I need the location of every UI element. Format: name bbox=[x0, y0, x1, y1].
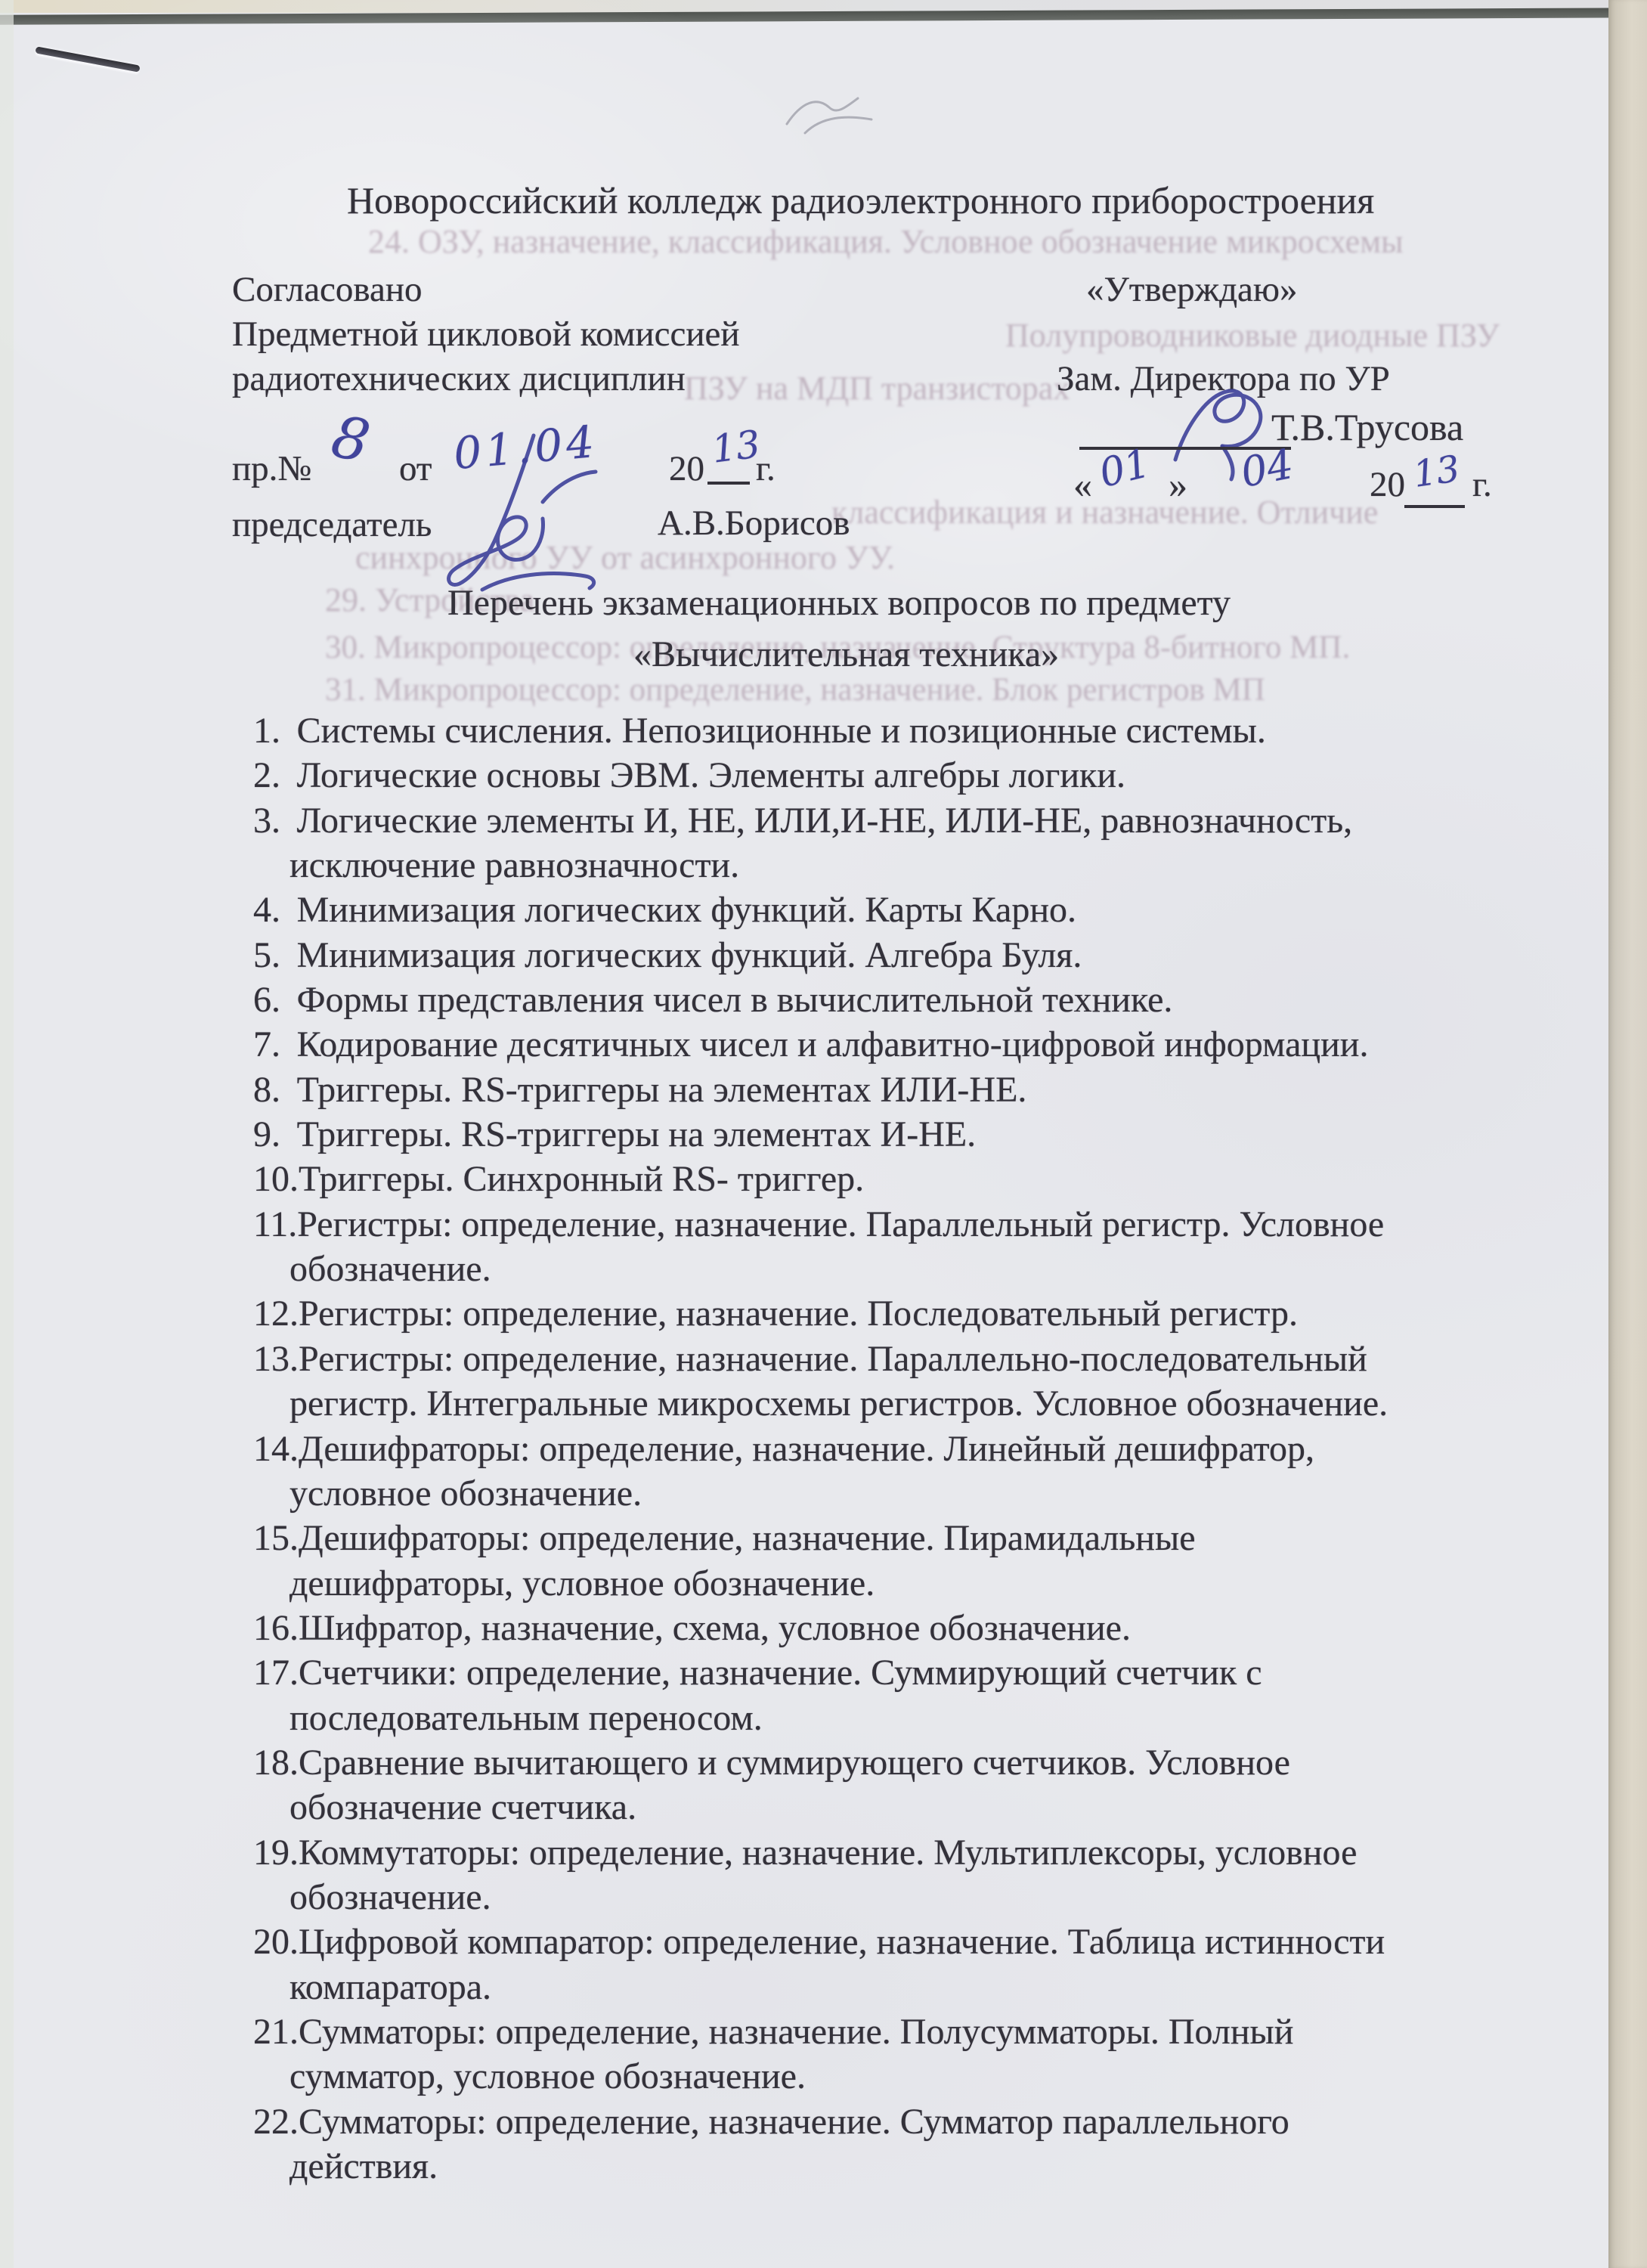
question-item: 17.Счетчики: определение, назначение. Су… bbox=[253, 1650, 1576, 1740]
question-item: 11.Регистры: определение, назначение. Па… bbox=[253, 1202, 1576, 1292]
quote-open: « bbox=[1073, 463, 1092, 507]
committee-line: Предметной цикловой комиссией bbox=[232, 314, 740, 355]
question-line: 17.Счетчики: определение, назначение. Су… bbox=[253, 1650, 1576, 1695]
question-line: 4. Минимизация логических функций. Карты… bbox=[253, 888, 1576, 932]
question-line: 16.Шифратор, назначение, схема, условное… bbox=[253, 1606, 1576, 1650]
discipline-line: радиотехнических дисциплин bbox=[232, 358, 686, 399]
scanned-page: 24. ОЗУ, назначение, классификация. Усло… bbox=[0, 0, 1647, 2268]
question-list: 1. Системы счисления. Непозиционные и по… bbox=[253, 708, 1576, 2189]
year-handwritten-right: 13 bbox=[1410, 448, 1462, 496]
month-handwritten: 04 bbox=[1237, 440, 1297, 497]
question-line: 15.Дешифраторы: определение, назначение.… bbox=[253, 1516, 1576, 1560]
question-item: 19.Коммутаторы: определение, назначение.… bbox=[253, 1830, 1576, 1920]
question-line: 9. Триггеры. RS-триггеры на элементах И-… bbox=[253, 1112, 1576, 1157]
question-line: 19.Коммутаторы: определение, назначение.… bbox=[253, 1830, 1576, 1875]
pencil-scribble bbox=[782, 85, 881, 141]
bleed-through-line: Полупроводниковые диодные ПЗУ bbox=[1005, 316, 1500, 355]
question-line-continuation: обозначение счетчика. bbox=[289, 1785, 1576, 1830]
year-suffix-right: г. bbox=[1472, 464, 1492, 505]
question-item: 9. Триггеры. RS-триггеры на элементах И-… bbox=[253, 1112, 1576, 1157]
question-item: 3. Логические элементы И, НЕ, ИЛИ,И-НЕ, … bbox=[253, 798, 1576, 888]
year-prefix-left: 20 bbox=[669, 448, 704, 489]
year-blank-line-right bbox=[1404, 505, 1465, 508]
question-line: 12.Регистры: определение, назначение. По… bbox=[253, 1291, 1576, 1336]
staple bbox=[35, 46, 140, 72]
chairman-label: председатель bbox=[232, 504, 432, 545]
bleed-through-line: 24. ОЗУ, назначение, классификация. Усло… bbox=[368, 222, 1404, 261]
question-line: 14.Дешифраторы: определение, назначение.… bbox=[253, 1427, 1576, 1471]
question-line: 20.Цифровой компаратор: определение, наз… bbox=[253, 1919, 1576, 1964]
quote-close: » bbox=[1169, 463, 1187, 507]
year-handwritten-left: 13 bbox=[710, 422, 763, 471]
question-line-continuation: дешифраторы, условное обозначение. bbox=[289, 1561, 1576, 1606]
question-line: 8. Триггеры. RS-триггеры на элементах ИЛ… bbox=[253, 1067, 1576, 1112]
question-item: 13.Регистры: определение, назначение. Па… bbox=[253, 1337, 1576, 1427]
question-line-continuation: действия. bbox=[289, 2144, 1576, 2189]
question-line-continuation: условное обозначение. bbox=[289, 1471, 1576, 1516]
question-item: 5. Минимизация логических функций. Алгеб… bbox=[253, 933, 1576, 978]
question-line-continuation: последовательным переносом. bbox=[289, 1696, 1576, 1740]
bleed-through-line: классификация и назначение. Отличие bbox=[831, 493, 1378, 531]
approve-label: «Утверждаю» bbox=[1086, 269, 1297, 310]
question-item: 15.Дешифраторы: определение, назначение.… bbox=[253, 1516, 1576, 1606]
scan-right-edge bbox=[1608, 0, 1647, 2268]
question-line-continuation: регистр. Интегральные микросхемы регистр… bbox=[289, 1381, 1576, 1426]
question-item: 14.Дешифраторы: определение, назначение.… bbox=[253, 1427, 1576, 1517]
question-item: 16.Шифратор, назначение, схема, условное… bbox=[253, 1606, 1576, 1650]
document-title-line1: Перечень экзаменационных вопросов по пре… bbox=[447, 582, 1231, 624]
question-item: 4. Минимизация логических функций. Карты… bbox=[253, 888, 1576, 932]
question-line: 7. Кодирование десятичных чисел и алфави… bbox=[253, 1022, 1576, 1067]
question-line: 22.Сумматоры: определение, назначение. С… bbox=[253, 2099, 1576, 2144]
document-title-line2: «Вычислительная техника» bbox=[633, 634, 1059, 675]
chairman-signature bbox=[437, 429, 607, 600]
question-item: 20.Цифровой компаратор: определение, наз… bbox=[253, 1919, 1576, 2009]
year-blank-line-left bbox=[707, 482, 750, 485]
institution-title: Новороссийский колледж радиоэлектронного… bbox=[347, 178, 1374, 222]
question-line-continuation: сумматор, условное обозначение. bbox=[289, 2054, 1576, 2099]
bleed-through-line: ПЗУ на МДП транзисторах bbox=[684, 369, 1070, 407]
question-line: 5. Минимизация логических функций. Алгеб… bbox=[253, 933, 1576, 978]
bleed-through-line: 31. Микропроцессор: определение, назначе… bbox=[325, 671, 1265, 708]
from-label: от bbox=[399, 448, 432, 489]
question-item: 12.Регистры: определение, назначение. По… bbox=[253, 1291, 1576, 1336]
question-line-continuation: обозначение. bbox=[289, 1247, 1576, 1291]
question-item: 10.Триггеры. Синхронный RS- триггер. bbox=[253, 1157, 1576, 1201]
question-item: 2. Логические основы ЭВМ. Элементы алгеб… bbox=[253, 753, 1576, 798]
question-item: 8. Триггеры. RS-триггеры на элементах ИЛ… bbox=[253, 1067, 1576, 1112]
chairman-name: А.В.Борисов bbox=[658, 503, 850, 544]
question-line: 3. Логические элементы И, НЕ, ИЛИ,И-НЕ, … bbox=[253, 798, 1576, 843]
director-name: Т.В.Трусова bbox=[1271, 405, 1463, 449]
question-item: 22.Сумматоры: определение, назначение. С… bbox=[253, 2099, 1576, 2189]
question-line: 6. Формы представления чисел в вычислите… bbox=[253, 978, 1576, 1022]
scan-left-edge bbox=[0, 0, 14, 2268]
question-item: 6. Формы представления чисел в вычислите… bbox=[253, 978, 1576, 1022]
question-item: 1. Системы счисления. Непозиционные и по… bbox=[253, 708, 1576, 753]
question-line-continuation: обозначение. bbox=[289, 1875, 1576, 1919]
year-suffix-left: г. bbox=[756, 448, 776, 489]
question-line: 10.Триггеры. Синхронный RS- триггер. bbox=[253, 1157, 1576, 1201]
question-item: 7. Кодирование десятичных чисел и алфави… bbox=[253, 1022, 1576, 1067]
question-line: 1. Системы счисления. Непозиционные и по… bbox=[253, 708, 1576, 753]
protocol-number-handwritten: 8 bbox=[327, 402, 375, 476]
question-item: 21.Сумматоры: определение, назначение. П… bbox=[253, 2009, 1576, 2099]
question-line: 11.Регистры: определение, назначение. Па… bbox=[253, 1202, 1576, 1247]
protocol-label: пр.№ bbox=[232, 448, 311, 489]
question-line-continuation: компаратора. bbox=[289, 1965, 1576, 2009]
question-item: 18.Сравнение вычитающего и суммирующего … bbox=[253, 1740, 1576, 1830]
agreed-label: Согласовано bbox=[232, 269, 423, 310]
question-line: 18.Сравнение вычитающего и суммирующего … bbox=[253, 1740, 1576, 1785]
question-line-continuation: исключение равнозначности. bbox=[289, 843, 1576, 888]
question-line: 21.Сумматоры: определение, назначение. П… bbox=[253, 2009, 1576, 2054]
question-line: 2. Логические основы ЭВМ. Элементы алгеб… bbox=[253, 753, 1576, 798]
question-line: 13.Регистры: определение, назначение. Па… bbox=[253, 1337, 1576, 1381]
year-prefix-right: 20 bbox=[1370, 464, 1405, 505]
